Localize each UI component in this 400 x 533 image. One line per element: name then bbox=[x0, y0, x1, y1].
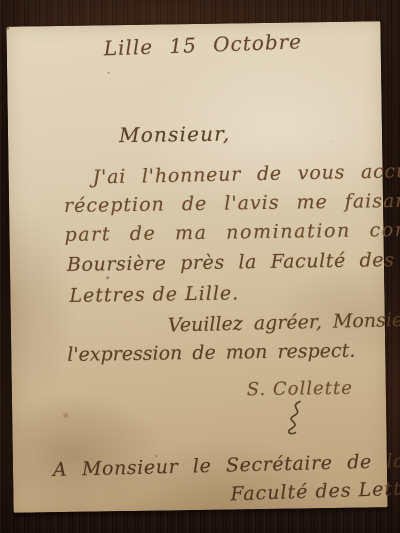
signature-flourish-icon bbox=[278, 400, 313, 437]
letter-paper: Lille 15 Octobre Monsieur, J'ai l'honneu… bbox=[6, 21, 387, 512]
photo-wood-table: Lille 15 Octobre Monsieur, J'ai l'honneu… bbox=[0, 0, 400, 533]
address-line-2: Faculté des Lettres. bbox=[230, 477, 400, 506]
body-line-3: part de ma nomination comme bbox=[64, 218, 400, 246]
body-line-2: réception de l'avis me faisant bbox=[64, 190, 400, 217]
closing-line-1: Veuillez agréer, Monsieur, bbox=[168, 308, 400, 336]
body-line-5: Lettres de Lille. bbox=[69, 282, 239, 307]
salutation: Monsieur, bbox=[119, 121, 231, 147]
body-line-1: J'ai l'honneur de vous accuser bbox=[92, 159, 400, 188]
body-line-4: Boursière près la Faculté des bbox=[67, 249, 395, 276]
address-line-1: A Monsieur le Secrétaire de la bbox=[53, 450, 400, 481]
signature: S. Collette bbox=[247, 378, 353, 401]
closing-line-2: l'expression de mon respect. bbox=[67, 340, 355, 366]
date-line: Lille 15 Octobre bbox=[103, 29, 302, 60]
